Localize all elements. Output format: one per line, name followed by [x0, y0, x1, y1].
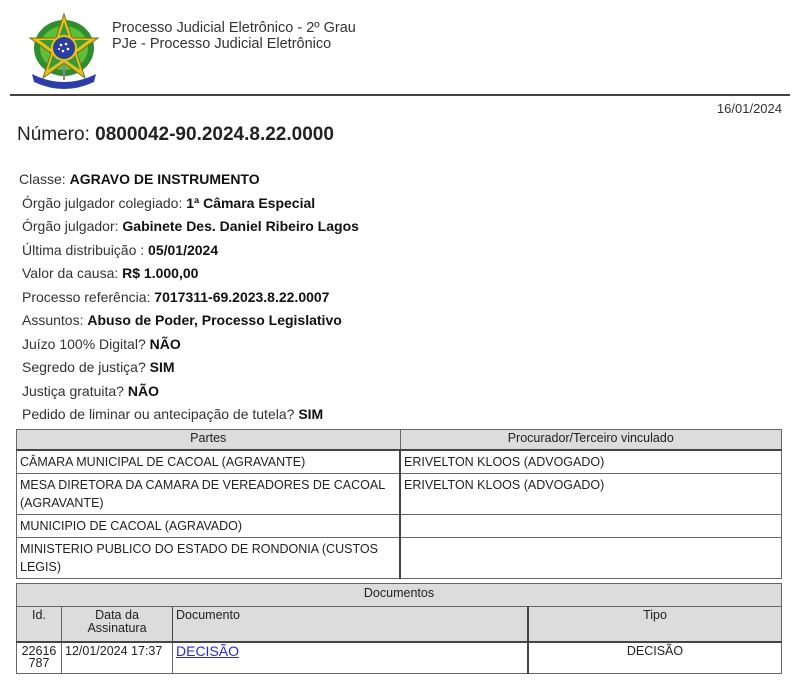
field-value: SIM	[298, 406, 323, 422]
field-segredo-justica: Segredo de justiça? SIM	[19, 356, 359, 380]
table-row: MESA DIRETORA DA CAMARA DE VEREADORES DE…	[17, 474, 782, 515]
field-label: Juízo 100% Digital?	[22, 336, 150, 352]
partes-header-row: Partes Procurador/Terceiro vinculado	[17, 430, 782, 451]
system-title: Processo Judicial Eletrônico - 2º Grau P…	[112, 20, 356, 52]
documentos-table: Documentos Id. Data da Assinatura Docume…	[16, 583, 782, 674]
process-number-value: 0800042-90.2024.8.22.0000	[95, 124, 334, 145]
field-value: Abuso de Poder, Processo Legislativo	[87, 312, 341, 328]
field-value: NÃO	[150, 336, 181, 352]
partes-table: Partes Procurador/Terceiro vinculado CÂM…	[16, 429, 782, 579]
document-date-cell: 12/01/2024 17:37	[62, 642, 173, 674]
document-id-cell: 22616787	[17, 642, 62, 674]
field-orgao-colegiado: Órgão julgador colegiado: 1ª Câmara Espe…	[19, 192, 359, 216]
procurador-cell	[400, 515, 782, 538]
brazil-coat-of-arms-icon	[26, 10, 102, 90]
field-pedido-liminar: Pedido de liminar ou antecipação de tute…	[19, 403, 359, 427]
table-row: MINISTERIO PUBLICO DO ESTADO DE RONDONIA…	[17, 538, 782, 579]
process-number: Número: 0800042-90.2024.8.22.0000	[17, 124, 334, 146]
system-title-line1: Processo Judicial Eletrônico - 2º Grau	[112, 20, 356, 36]
column-header-tipo: Tipo	[528, 607, 782, 643]
field-processo-referencia: Processo referência: 7017311-69.2023.8.2…	[19, 286, 359, 310]
field-value: SIM	[150, 359, 175, 375]
field-ultima-distribuicao: Última distribuição : 05/01/2024	[19, 239, 359, 263]
page-header: Processo Judicial Eletrônico - 2º Grau P…	[0, 0, 800, 96]
field-label: Justiça gratuita?	[22, 383, 128, 399]
parte-cell: CÂMARA MUNICIPAL DE CACOAL (AGRAVANTE)	[17, 450, 401, 474]
column-header-procurador: Procurador/Terceiro vinculado	[400, 430, 782, 451]
documentos-title-row: Documentos	[17, 584, 782, 607]
field-justica-gratuita: Justiça gratuita? NÃO	[19, 380, 359, 404]
documentos-header-row: Id. Data da Assinatura Documento Tipo	[17, 607, 782, 643]
field-label: Segredo de justiça?	[22, 359, 150, 375]
procurador-cell: ERIVELTON KLOOS (ADVOGADO)	[400, 450, 782, 474]
field-valor-causa: Valor da causa: R$ 1.000,00	[19, 262, 359, 286]
document-link[interactable]: DECISÃO	[176, 643, 239, 659]
field-juizo-digital: Juízo 100% Digital? NÃO	[19, 333, 359, 357]
field-value: 1ª Câmara Especial	[186, 195, 315, 211]
field-orgao-julgador: Órgão julgador: Gabinete Des. Daniel Rib…	[19, 215, 359, 239]
procurador-cell	[400, 538, 782, 579]
process-details: Classe: AGRAVO DE INSTRUMENTO Órgão julg…	[19, 168, 359, 427]
field-label: Assuntos:	[22, 312, 87, 328]
field-value: AGRAVO DE INSTRUMENTO	[70, 171, 260, 187]
table-row: 22616787 12/01/2024 17:37 DECISÃO DECISÃ…	[17, 642, 782, 674]
column-header-data-assinatura: Data da Assinatura	[62, 607, 173, 643]
parte-cell: MESA DIRETORA DA CAMARA DE VEREADORES DE…	[17, 474, 401, 515]
field-label: Processo referência:	[22, 289, 154, 305]
field-value: NÃO	[128, 383, 159, 399]
parte-cell: MINISTERIO PUBLICO DO ESTADO DE RONDONIA…	[17, 538, 401, 579]
column-header-partes: Partes	[17, 430, 401, 451]
field-label: Última distribuição :	[22, 242, 148, 258]
field-label: Órgão julgador:	[22, 218, 122, 234]
field-assuntos: Assuntos: Abuso de Poder, Processo Legis…	[19, 309, 359, 333]
field-label: Órgão julgador colegiado:	[22, 195, 186, 211]
table-row: MUNICIPIO DE CACOAL (AGRAVADO)	[17, 515, 782, 538]
table-row: CÂMARA MUNICIPAL DE CACOAL (AGRAVANTE) E…	[17, 450, 782, 474]
field-label: Valor da causa:	[22, 265, 122, 281]
process-number-label: Número:	[17, 124, 95, 145]
field-value: 05/01/2024	[148, 242, 218, 258]
document-name-cell: DECISÃO	[173, 642, 529, 674]
field-value: Gabinete Des. Daniel Ribeiro Lagos	[122, 218, 359, 234]
document-type-cell: DECISÃO	[528, 642, 782, 674]
field-label: Classe:	[19, 171, 70, 187]
print-date: 16/01/2024	[717, 101, 782, 116]
field-value: 7017311-69.2023.8.22.0007	[154, 289, 329, 305]
column-header-documento: Documento	[173, 607, 529, 643]
field-classe: Classe: AGRAVO DE INSTRUMENTO	[19, 168, 359, 192]
field-label: Pedido de liminar ou antecipação de tute…	[22, 406, 298, 422]
field-value: R$ 1.000,00	[122, 265, 198, 281]
system-title-line2: PJe - Processo Judicial Eletrônico	[112, 36, 356, 52]
header-divider	[10, 94, 790, 96]
parte-cell: MUNICIPIO DE CACOAL (AGRAVADO)	[17, 515, 401, 538]
column-header-id: Id.	[17, 607, 62, 643]
documentos-title: Documentos	[17, 584, 782, 607]
procurador-cell: ERIVELTON KLOOS (ADVOGADO)	[400, 474, 782, 515]
